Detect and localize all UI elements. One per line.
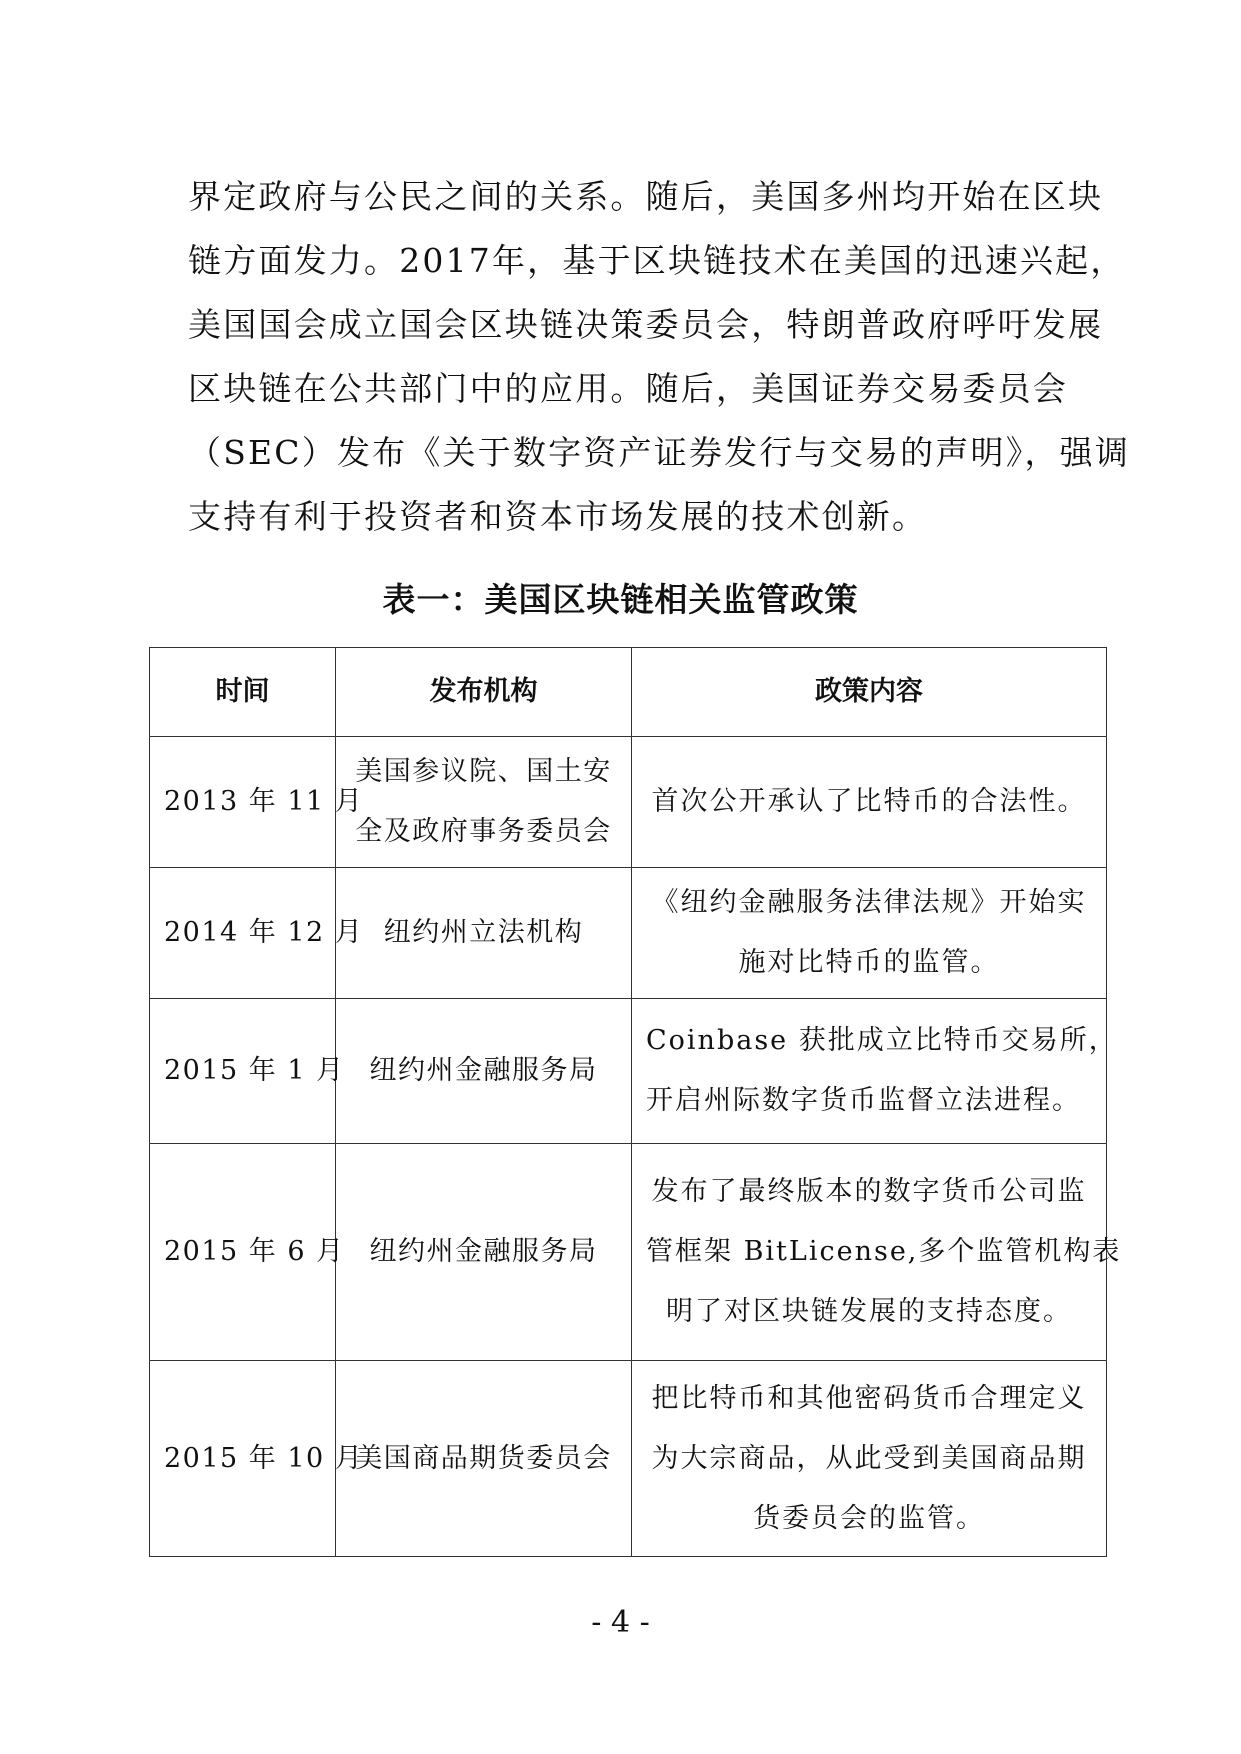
cell-time: 2015 年 6 月 xyxy=(150,1144,336,1361)
cell-agency: 美国参议院、国土安 全及政府事务委员会 xyxy=(336,737,632,868)
cell-content: Coinbase 获批成立比特币交易所， 开启州际数字货币监督立法进程。 xyxy=(632,999,1107,1144)
table-caption: 表一：美国区块链相关监管政策 xyxy=(0,578,1241,622)
table-header-row: 时间 发布机构 政策内容 xyxy=(150,648,1107,737)
content-text: 施对比特币的监管。 xyxy=(646,933,1092,993)
time-text: 2015 年 6 月 xyxy=(164,1222,321,1282)
table-row: 2015 年 10 月 美国商品期货委员会 把比特币和其他密码货币合理定义 为大… xyxy=(150,1361,1107,1557)
cell-agency: 纽约州金融服务局 xyxy=(336,1144,632,1361)
agency-text: 美国参议院、国土安 xyxy=(350,742,617,802)
cell-time: 2015 年 10 月 xyxy=(150,1361,336,1557)
content-text: 首次公开承认了比特币的合法性。 xyxy=(646,772,1092,832)
header-content: 政策内容 xyxy=(632,648,1107,737)
cell-content: 首次公开承认了比特币的合法性。 xyxy=(632,737,1107,868)
agency-text: 纽约州立法机构 xyxy=(350,903,617,963)
content-text: 发布了最终版本的数字货币公司监 xyxy=(646,1162,1092,1222)
content-text: Coinbase 获批成立比特币交易所， xyxy=(646,1011,1092,1071)
paragraph-line: 界定政府与公民之间的关系。随后，美国多州均开始在区块 xyxy=(188,165,1058,229)
agency-text: 纽约州金融服务局 xyxy=(350,1222,617,1282)
header-agency: 发布机构 xyxy=(336,648,632,737)
paragraph-line: 链方面发力。2017年，基于区块链技术在美国的迅速兴起， xyxy=(188,229,1058,293)
paragraph-line: 支持有利于投资者和资本市场发展的技术创新。 xyxy=(188,485,1058,549)
time-text: 2015 年 1 月 xyxy=(164,1041,321,1101)
content-text: 把比特币和其他密码货币合理定义 xyxy=(646,1369,1092,1429)
table-row: 2014 年 12 月 纽约州立法机构 《纽约金融服务法律法规》开始实 施对比特… xyxy=(150,868,1107,999)
content-text: 管框架 BitLicense,多个监管机构表 xyxy=(646,1222,1092,1282)
agency-text: 美国商品期货委员会 xyxy=(350,1429,617,1489)
body-paragraph: 界定政府与公民之间的关系。随后，美国多州均开始在区块 链方面发力。2017年，基… xyxy=(188,165,1058,549)
content-text: 为大宗商品，从此受到美国商品期 xyxy=(646,1429,1092,1489)
cell-agency: 纽约州金融服务局 xyxy=(336,999,632,1144)
content-text: 开启州际数字货币监督立法进程。 xyxy=(646,1071,1092,1131)
cell-time: 2015 年 1 月 xyxy=(150,999,336,1144)
time-text: 2014 年 12 月 xyxy=(164,903,321,963)
cell-time: 2014 年 12 月 xyxy=(150,868,336,999)
time-text: 2013 年 11 月 xyxy=(164,772,321,832)
header-time: 时间 xyxy=(150,648,336,737)
paragraph-line: （SEC）发布《关于数字资产证券发行与交易的声明》，强调 xyxy=(188,421,1058,485)
content-text: 《纽约金融服务法律法规》开始实 xyxy=(646,873,1092,933)
paragraph-line: 美国国会成立国会区块链决策委员会，特朗普政府呼吁发展 xyxy=(188,293,1058,357)
content-text: 货委员会的监管。 xyxy=(646,1489,1092,1549)
table-row: 2015 年 6 月 纽约州金融服务局 发布了最终版本的数字货币公司监 管框架 … xyxy=(150,1144,1107,1361)
cell-content: 把比特币和其他密码货币合理定义 为大宗商品，从此受到美国商品期 货委员会的监管。 xyxy=(632,1361,1107,1557)
cell-content: 发布了最终版本的数字货币公司监 管框架 BitLicense,多个监管机构表 明… xyxy=(632,1144,1107,1361)
cell-content: 《纽约金融服务法律法规》开始实 施对比特币的监管。 xyxy=(632,868,1107,999)
table-row: 2015 年 1 月 纽约州金融服务局 Coinbase 获批成立比特币交易所，… xyxy=(150,999,1107,1144)
paragraph-line: 区块链在公共部门中的应用。随后，美国证券交易委员会 xyxy=(188,357,1058,421)
cell-agency: 美国商品期货委员会 xyxy=(336,1361,632,1557)
cell-time: 2013 年 11 月 xyxy=(150,737,336,868)
agency-text: 全及政府事务委员会 xyxy=(350,802,617,862)
policy-table: 时间 发布机构 政策内容 2013 年 11 月 美国参议院、国土安 全及政府事… xyxy=(149,647,1107,1557)
page-number: - 4 - xyxy=(0,1605,1241,1641)
cell-agency: 纽约州立法机构 xyxy=(336,868,632,999)
agency-text: 纽约州金融服务局 xyxy=(350,1041,617,1101)
content-text: 明了对区块链发展的支持态度。 xyxy=(646,1282,1092,1342)
time-text: 2015 年 10 月 xyxy=(164,1429,321,1489)
table-row: 2013 年 11 月 美国参议院、国土安 全及政府事务委员会 首次公开承认了比… xyxy=(150,737,1107,868)
